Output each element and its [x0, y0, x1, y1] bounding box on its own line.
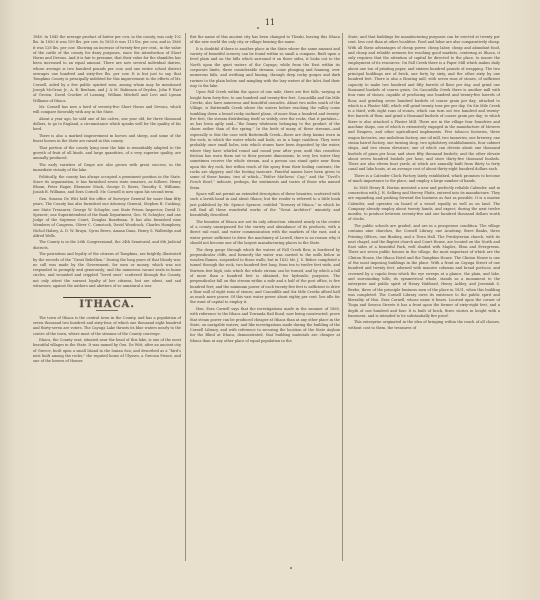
paragraph: The patriotism and loyalty of the citize… — [33, 252, 181, 289]
paragraph: The deep gorge through which the waters … — [190, 248, 340, 306]
paragraph: It is doubtful if there is another place… — [190, 47, 340, 89]
paragraph: There is a Calender Clock Factory lately… — [348, 174, 500, 185]
paragraph: But the name of this ancient city has be… — [190, 35, 340, 46]
paragraph: Hon. Ezra Cornell says that the investig… — [190, 307, 340, 344]
left-column: 1840. In 1845 the average product of but… — [33, 35, 181, 366]
column-divider — [185, 33, 186, 561]
paragraph-text: Upon Fall Creek within the space of one … — [190, 90, 340, 179]
paragraph: Ithaca, the County seat, situated near t… — [33, 338, 181, 364]
paragraph: 1840. In 1845 the average product of but… — [33, 35, 181, 104]
paragraph: This enterprise originated in the idea o… — [348, 320, 500, 331]
document-page: 11 1840. In 1845 the average product of … — [0, 0, 540, 600]
paragraph: That portion of the county lying near th… — [33, 146, 181, 162]
paragraph: Space will not permit an extended descri… — [190, 192, 340, 218]
paragraph: Mr. Cornell has now a herd of seventy-fi… — [33, 105, 181, 116]
paper-speck — [290, 567, 292, 569]
paragraph: Upon Fall Creek within the space of one … — [190, 90, 340, 191]
right-column: State; and that buildings for manufactur… — [348, 35, 500, 332]
paper-speck — [257, 27, 259, 29]
section-title-ithaca: ITHACA. — [33, 302, 181, 307]
paragraph: In 1865 Henry B. Horton invented a new a… — [348, 186, 500, 223]
paragraph: Gen. Simeon De Witt held the office of S… — [33, 197, 181, 239]
paragraph: State; and that buildings for manufactur… — [348, 35, 500, 173]
paragraph: The public schools are graded, and are i… — [348, 224, 500, 319]
middle-column: But the name of this ancient city has be… — [190, 35, 340, 345]
paragraph: The County is in the 26th Congressional,… — [33, 240, 181, 251]
paragraph: About a year ago, he sold one of his cal… — [33, 117, 181, 133]
paragraph: The beauties of Ithaca are not its only … — [190, 220, 340, 246]
column-divider — [342, 33, 343, 561]
page-number: 11 — [0, 18, 540, 27]
paragraph: The early varieties of Grape are also gr… — [33, 163, 181, 174]
paragraph: Politically, the county has always occup… — [33, 175, 181, 196]
paragraph: The town of Ithaca is the central town i… — [33, 316, 181, 337]
paragraph: There is also a marked improvement in ho… — [33, 134, 181, 145]
section-rule — [63, 297, 151, 298]
basin-name-father-mathews-cup: “Father Mathews’ Cup,” — [262, 175, 308, 179]
connector-text: and the — [307, 175, 326, 179]
